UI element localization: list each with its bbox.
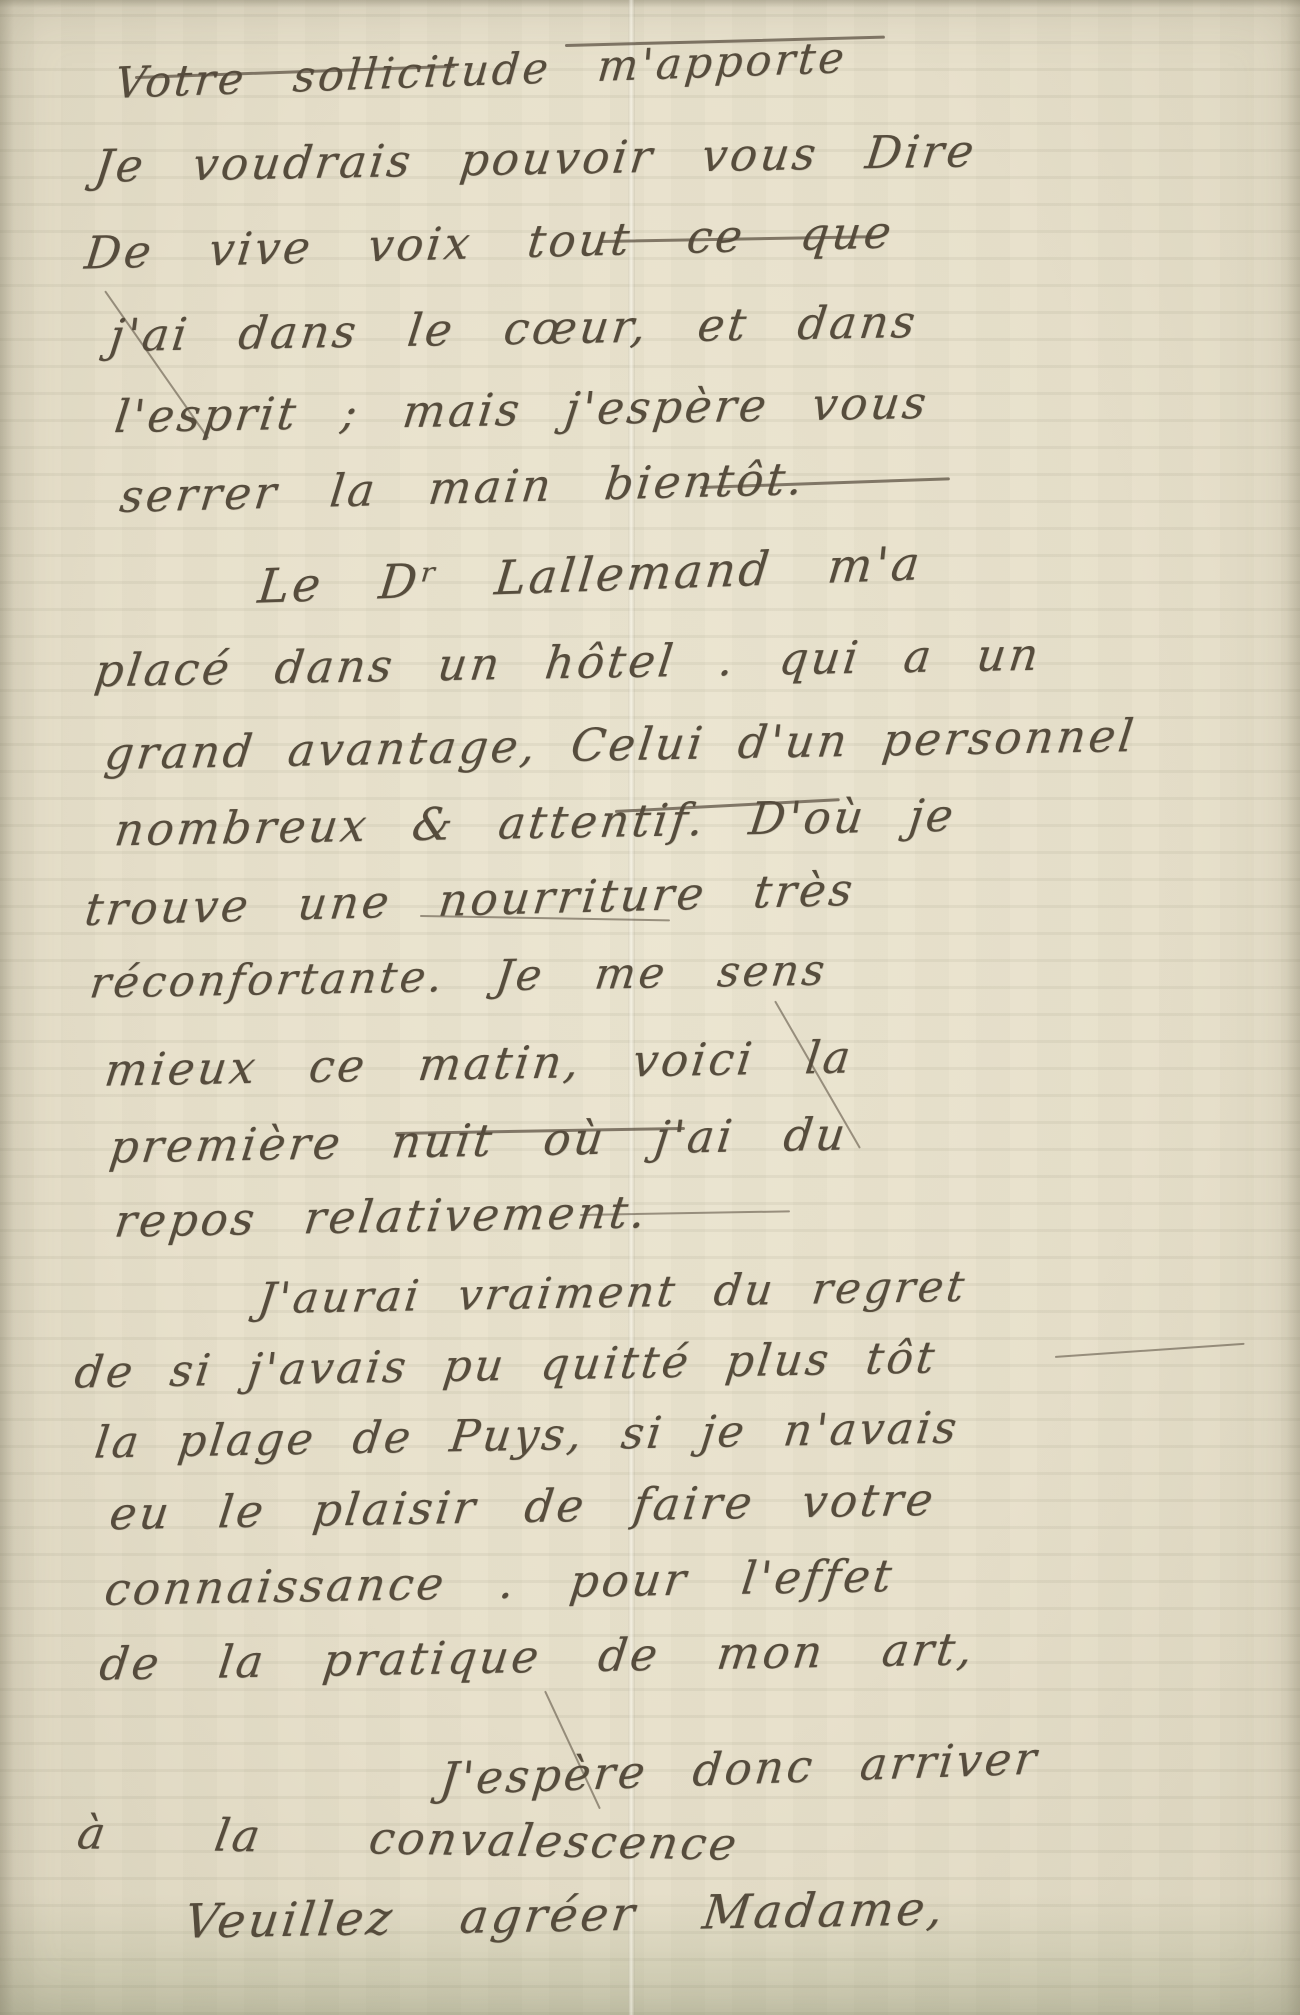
ink-stroke: [1055, 1343, 1245, 1358]
letter-line: l'esprit ; mais j'espère vous: [112, 376, 932, 443]
letter-line: eu le plaisir de faire votre: [107, 1473, 939, 1541]
letter-line: Votre sollicitude m'apporte: [113, 33, 849, 109]
letter-line: grand avantage, Celui d'un personnel: [102, 709, 1139, 780]
letter-line: de la pratique de mon art,: [97, 1622, 979, 1690]
letter-line: placé dans un hôtel . qui a un: [92, 628, 1045, 698]
letter-line: première nuit où j'ai du: [107, 1108, 851, 1174]
letter-line: connaissance . pour l'effet: [102, 1549, 898, 1616]
letter-line: J'aurai vraiment du regret: [255, 1262, 970, 1324]
letter-line: à la convalescence: [74, 1806, 743, 1870]
letter-line: la plage de Puys, si je n'avais: [92, 1402, 962, 1468]
paper-edge-right: [1286, 0, 1300, 2015]
letter-line: De vive voix tout ce que: [82, 205, 897, 279]
letter-line: trouve une nourriture très: [82, 863, 858, 936]
letter-page: Votre sollicitude m'apporte Je voudrais …: [0, 0, 1300, 2015]
letter-line: mieux ce matin, voici la: [102, 1030, 857, 1096]
letter-line: Je voudrais pouvoir vous Dire: [92, 124, 980, 193]
letter-line: j'ai dans le cœur, et dans: [107, 295, 921, 362]
paper-edge-left: [0, 0, 14, 2015]
letter-line: réconfortante. Je me sens: [87, 946, 830, 1009]
letter-line: de si j'avais pu quitté plus tôt: [72, 1332, 940, 1398]
letter-line: repos relativement.: [112, 1185, 651, 1247]
letter-line: Veuillez agréer Madame,: [182, 1881, 949, 1949]
letter-line: Le Dʳ Lallemand m'a: [255, 536, 925, 614]
letter-line: J'espère donc arriver: [437, 1731, 1041, 1805]
paper-edge-top: [0, 0, 1300, 8]
